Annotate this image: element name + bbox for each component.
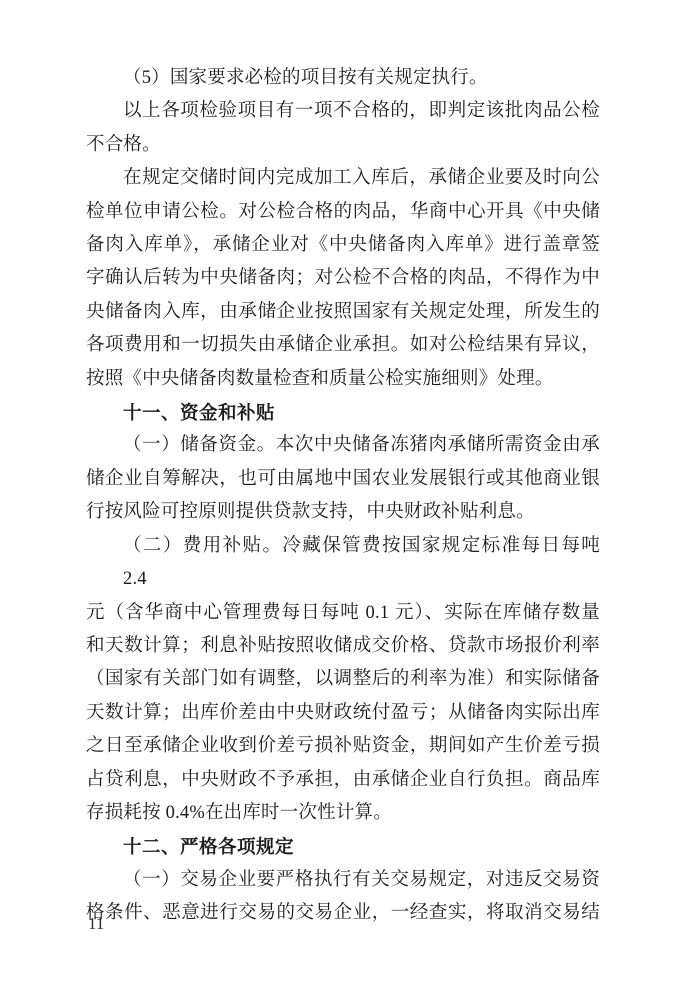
text-line: 和天数计算；利息补贴按照收储成交价格、贷款市场报价利率 bbox=[86, 630, 600, 663]
page-number: 11 bbox=[88, 913, 104, 935]
text-line: 央储备肉入库，由承储企业按照国家有关规定处理，所发生的 bbox=[86, 296, 600, 329]
text-line: 行按风险可控原则提供贷款支持，中央财政补贴利息。 bbox=[86, 496, 600, 529]
text-line: 各项费用和一切损失由承储企业承担。如对公检结果有异议， bbox=[86, 329, 600, 362]
text-line: 占贷利息，中央财政不予承担，由承储企业自行负担。商品库 bbox=[86, 764, 600, 797]
text-line: 格条件、恶意进行交易的交易企业，一经查实，将取消交易结 bbox=[86, 897, 600, 930]
text-line: 天数计算；出库价差由中央财政统付盈亏；从储备肉实际出库 bbox=[86, 697, 600, 730]
text-line: 备肉入库单》，承储企业对《中央储备肉入库单》进行盖章签 bbox=[86, 229, 600, 262]
text-line: 在规定交储时间内完成加工入库后，承储企业要及时向公 bbox=[86, 162, 600, 195]
text-line: 元（含华商中心管理费每日每吨 0.1 元）、实际在库储存数量 bbox=[86, 597, 600, 630]
section-heading: 十二、严格各项规定 bbox=[86, 830, 600, 863]
text-line: 检单位申请公检。对公检合格的肉品，华商中心开具《中央储 bbox=[86, 196, 600, 229]
section-heading: 十一、资金和补贴 bbox=[86, 396, 600, 429]
text-line: 储企业自筹解决，也可由属地中国农业发展银行或其他商业银 bbox=[86, 463, 600, 496]
document-body: （5）国家要求必检的项目按有关规定执行。以上各项检验项目有一项不合格的，即判定该… bbox=[86, 62, 600, 931]
text-line: 字确认后转为中央储备肉；对公检不合格的肉品，不得作为中 bbox=[86, 262, 600, 295]
text-line: 之日至承储企业收到价差亏损补贴资金，期间如产生价差亏损 bbox=[86, 730, 600, 763]
text-line: 以上各项检验项目有一项不合格的，即判定该批肉品公检 bbox=[86, 95, 600, 128]
text-line: 按照《中央储备肉数量检查和质量公检实施细则》处理。 bbox=[86, 363, 600, 396]
text-line: （二）费用补贴。冷藏保管费按国家规定标准每日每吨 2.4 bbox=[86, 530, 600, 597]
text-line: （一）交易企业要严格执行有关交易规定，对违反交易资 bbox=[86, 864, 600, 897]
text-line: （5）国家要求必检的项目按有关规定执行。 bbox=[86, 62, 600, 95]
text-line: 不合格。 bbox=[86, 129, 600, 162]
text-line: （一）储备资金。本次中央储备冻猪肉承储所需资金由承 bbox=[86, 429, 600, 462]
text-line: 存损耗按 0.4%在出库时一次性计算。 bbox=[86, 797, 600, 830]
document-page: （5）国家要求必检的项目按有关规定执行。以上各项检验项目有一项不合格的，即判定该… bbox=[0, 0, 700, 989]
text-line: （国家有关部门如有调整，以调整后的利率为准）和实际储备 bbox=[86, 663, 600, 696]
